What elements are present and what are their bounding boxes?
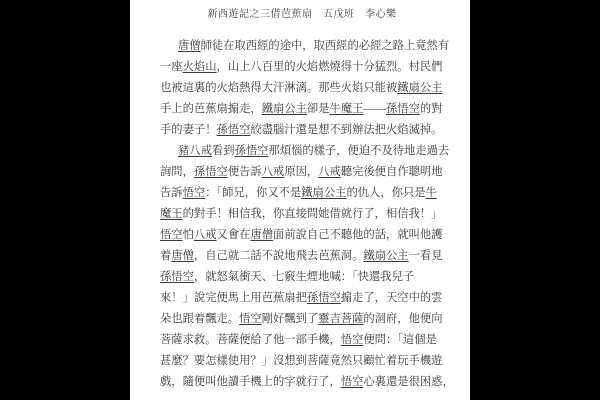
text-line: 手上的芭蕉扇搧走，鐵扇公主卻是牛魔王——孫悟空的對 (160, 99, 444, 120)
proper-noun-underlined: 悟空 (341, 334, 364, 346)
document-page: 新西遊記之三借芭蕉扇 五戊班 李心樂 唐僧師徒在取西經的途中，取西經的必經之路上… (130, 0, 470, 400)
text-run: 一看見 (409, 250, 443, 262)
text-run: 原因， (284, 166, 318, 178)
proper-noun-underlined: 鐵扇公主 (397, 82, 442, 94)
proper-noun-underlined: 悟空 (160, 229, 183, 241)
text-run: 的仇人，你只是 (346, 187, 425, 199)
text-run: 的對 (420, 103, 443, 115)
text-run: —— (363, 103, 386, 115)
proper-noun-underlined: 鐵扇公主 (262, 103, 307, 115)
text-run: ，就怒氣衝天、七竅生煙地喊：「快還我兒子 (194, 271, 414, 283)
viewer-background: 新西遊記之三借芭蕉扇 五戊班 李心樂 唐僧師徒在取西經的途中，取西經的必經之路上… (0, 0, 600, 400)
proper-noun-underlined: 悟空 (183, 187, 206, 199)
proper-noun-underlined: 悟空 (239, 313, 262, 325)
proper-noun-underlined: 魔王 (160, 208, 183, 220)
text-run: 來！」說完便馬上用芭蕉扇把 (160, 292, 307, 304)
proper-noun-underlined: 孫悟空 (235, 145, 269, 157)
text-line: 手的妻子！孫悟空絞盡腦汁還是想不到辦法把火焰滅掉。 (160, 120, 444, 141)
proper-noun-underlined: 鐵扇公主 (301, 187, 346, 199)
proper-noun-underlined: 唐僧 (178, 40, 201, 52)
text-run: 便問：「這個是 (363, 334, 436, 346)
proper-noun-underlined: 孫悟空 (217, 124, 251, 136)
text-line: 戲，隨便叫他讀手機上的字就行了，悟空心裏還是很困惑， (160, 372, 444, 393)
proper-noun-underlined: 牛 (426, 187, 437, 199)
text-line: 甚麼？要怎樣使用？」沒想到菩薩竟然只顧忙着玩手機遊 (160, 351, 444, 372)
proper-noun-underlined: 唐僧 (250, 229, 273, 241)
proper-noun-underlined: 靈吉菩薩 (318, 313, 363, 325)
text-run: 詢問， (160, 166, 194, 178)
proper-noun-underlined: 八戒 (318, 166, 341, 178)
text-run: 卻是 (307, 103, 330, 115)
text-run: ，山上八百里的火焰燃燒得十分猛烈。村民們 (217, 61, 443, 73)
text-line: 告訴悟空：「師兄，你又不是鐵扇公主的仇人，你只是牛 (160, 183, 444, 204)
text-run: 菩薩求救。菩薩便給了他一部手機， (160, 334, 341, 346)
text-run: 那煩惱的樣子，便迫不及待地走過去 (268, 145, 449, 157)
proper-noun-underlined: 鐵扇公主 (363, 250, 408, 262)
text-line: 孫悟空，就怒氣衝天、七竅生煙地喊：「快還我兒子 (160, 267, 444, 288)
text-line: 朵也跟着飄走。悟空剛好飄到了靈吉菩薩的洞府，他便向 (160, 309, 444, 330)
text-line: 來！」說完便馬上用芭蕉扇把孫悟空搧走了，天空中的雲 (160, 288, 444, 309)
text-run: 怕 (183, 229, 194, 241)
text-line: 魔王的對手！相信我，你直接問她借就行了，相信我！」 (160, 204, 444, 225)
proper-noun-underlined: 火焰山 (183, 61, 217, 73)
text-line: 詢問，孫悟空便告訴八戒原因，八戒聽完後便自作聰明地 (160, 162, 444, 183)
proper-noun-underlined: 孫悟空 (194, 166, 228, 178)
text-run: 手上的芭蕉扇搧走， (160, 103, 262, 115)
text-run: 剛好飄到了 (262, 313, 319, 325)
text-run: 朵也跟着飄走。 (160, 313, 239, 325)
proper-noun-underlined: 豬八戒 (178, 145, 212, 157)
text-run: 心裏還是很困惑， (363, 376, 453, 388)
text-line: 也被這裏的火焰熱得大汗淋漓。那些火焰只能被鐵扇公主 (160, 78, 444, 99)
text-run: 的對手！相信我，你直接問她借就行了，相信我！」 (183, 208, 443, 220)
text-run: 一座 (160, 61, 183, 73)
document-lines: 唐僧師徒在取西經的途中，取西經的必經之路上竟然有一座火焰山，山上八百里的火焰燃燒… (160, 36, 444, 393)
text-line: 一座火焰山，山上八百里的火焰燃燒得十分猛烈。村民們 (160, 57, 444, 78)
text-run: 看到 (212, 145, 235, 157)
proper-noun-underlined: 八戒 (194, 229, 217, 241)
text-line: 唐僧師徒在取西經的途中，取西經的必經之路上竟然有 (160, 36, 444, 57)
text-run: 着 (160, 250, 171, 262)
proper-noun-underlined: 八戒 (262, 166, 285, 178)
text-line: 菩薩求救。菩薩便給了他一部手機，悟空便問：「這個是 (160, 330, 444, 351)
text-run: 手的妻子！ (160, 124, 217, 136)
text-run: ，自己就二話不說地飛去芭蕉洞。 (194, 250, 363, 262)
text-line: 悟空怕八戒又會在唐僧面前說自己不聽他的話，就叫他護 (160, 225, 444, 246)
text-run: ：「師兄，你又不是 (205, 187, 301, 199)
text-run: 便告訴 (228, 166, 262, 178)
text-run: 絞盡腦汁還是想不到辦法把火焰滅掉。 (250, 124, 442, 136)
proper-noun-underlined: 悟空 (341, 376, 364, 388)
proper-noun-underlined: 孫悟空 (386, 103, 420, 115)
text-line: 着唐僧，自己就二話不說地飛去芭蕉洞。鐵扇公主一看見 (160, 246, 444, 267)
text-run: 甚麼？要怎樣使用？」沒想到菩薩竟然只顧忙着玩手機遊 (160, 355, 442, 367)
document-title: 新西遊記之三借芭蕉扇 五戊班 李心樂 (160, 8, 444, 22)
text-line: 豬八戒看到孫悟空那煩惱的樣子，便迫不及待地走過去 (160, 141, 444, 162)
text-run: 師徒在取西經的途中，取西經的必經之路上竟然有 (201, 40, 450, 52)
text-run: 的洞府，他便向 (363, 313, 442, 325)
text-run: 又會在 (217, 229, 251, 241)
text-run: 搧走了，天空中的雲 (341, 292, 443, 304)
proper-noun-underlined: 孫悟空 (160, 271, 194, 283)
text-run: 聽完後便自作聰明地 (341, 166, 443, 178)
text-run: 也被這裏的火焰熱得大汗淋漓。那些火焰只能被 (160, 82, 397, 94)
text-run: 面前說自己不聽他的話，就叫他護 (273, 229, 442, 241)
text-run: 告訴 (160, 187, 183, 199)
text-run: 戲，隨便叫他讀手機上的字就行了， (160, 376, 341, 388)
proper-noun-underlined: 孫悟空 (307, 292, 341, 304)
proper-noun-underlined: 牛魔王 (330, 103, 364, 115)
proper-noun-underlined: 唐僧 (171, 250, 194, 262)
